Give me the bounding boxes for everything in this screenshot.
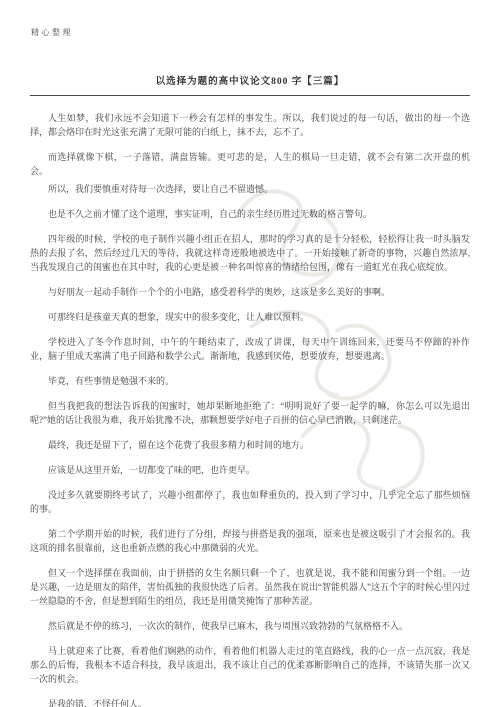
document-title: 以选择为题的高中议论文800 字【三篇】 bbox=[156, 77, 345, 87]
paragraph: 所以，我们要慎重对待每一次选择，要让自己不留遗憾。 bbox=[30, 182, 470, 196]
paragraph: 但当我把我的想法告诉我的闺蜜时，她却果断地拒绝了：“明明说好了要一起学的嘛，你怎… bbox=[30, 399, 470, 427]
paragraph: 但又一个选择摆在我面前，由于拼搭的女生名额只剩一个了，也就是说，我不能和闺蜜分到… bbox=[30, 566, 470, 608]
paragraph: 也是不久之前才懂了这个道理，事实证明，自己的亲生经历胜过无数的格言警句。 bbox=[30, 207, 470, 221]
paragraph: 人生如梦，我们永远不会知道下一秒会有怎样的事发生。所以，我们说过的每一句话，做出… bbox=[30, 111, 470, 139]
paragraph: 是我的错，不怪任何人。 bbox=[30, 697, 470, 707]
paragraph: 没过多久就要期终考试了，兴趣小组都停了，我也如释重负的，投入到了学习中，几乎完全… bbox=[30, 488, 470, 516]
paragraph: 马上就迎来了比赛，看着他们娴熟的动作，看着他们机器人走过的笔直路线，我的心一点一… bbox=[30, 644, 470, 686]
title-area: 以选择为题的高中议论文800 字【三篇】 bbox=[0, 0, 500, 89]
paragraph: 然后就是不停的练习，一次次的制作，使我早已麻木，我与周围兴致勃勃的气氛格格不入。 bbox=[30, 619, 470, 633]
paragraph: 四年级的时候，学校的电子制作兴趣小组正在招人，那时的学习真的是十分轻松，轻松得让… bbox=[30, 232, 470, 274]
paragraph: 与好朋友一起动手制作一个个的小电路，感受着科学的奥妙，这该是多么美好的事啊。 bbox=[30, 285, 470, 299]
paragraph: 第二个学期开始的时候，我们进行了分组，焊接与拼搭是我的强项，原来也是被这吸引了才… bbox=[30, 527, 470, 555]
article-body: 人生如梦，我们永远不会知道下一秒会有怎样的事发生。所以，我们说过的每一句话，做出… bbox=[30, 111, 470, 707]
document-header-label: 精心整理 bbox=[31, 27, 73, 38]
paragraph: 应该是从这里开始，一切都变了味的吧，也许更早。 bbox=[30, 463, 470, 477]
paragraph: 而选择就像下棋，一子落错，满盘皆输。更可悲的是，人生的棋局一旦走错，就不会有第二… bbox=[30, 150, 470, 178]
paragraph: 最终，我还是留下了，留在这个花费了我很多精力和时间的地方。 bbox=[30, 438, 470, 452]
document-page: 精心整理 以选择为题的高中议论文800 字【三篇】 人生如梦，我们永远不会知道下… bbox=[0, 0, 500, 707]
title-divider bbox=[30, 95, 470, 96]
paragraph: 可那终归是孩童天真的想象，现实中的很多变化，让人难以预料。 bbox=[30, 310, 470, 324]
paragraph: 毕竟，有些事情是勉强不来的。 bbox=[30, 374, 470, 388]
paragraph: 学校进入了冬令作息时间，中午的午睡结束了，改成了讲课，每天中午训练回来，还要马不… bbox=[30, 335, 470, 363]
